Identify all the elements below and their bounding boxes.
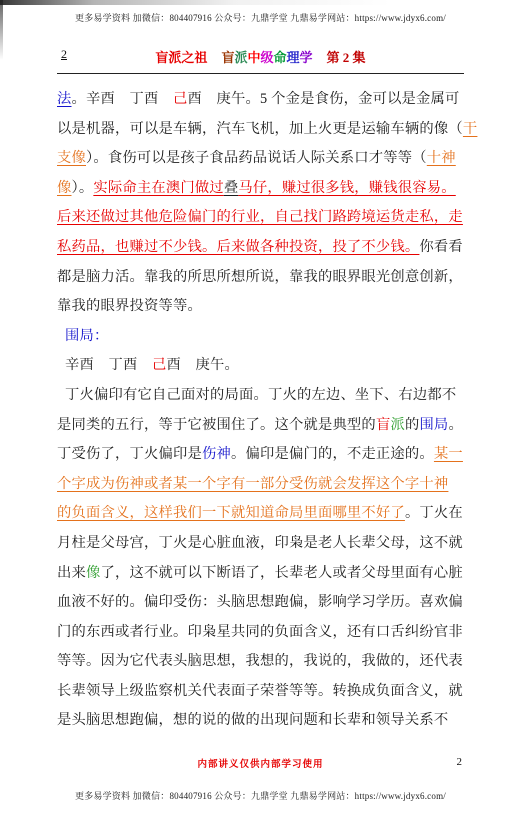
body-line: 门的东西或者行业。印枭星共同的负面含义，还有口舌纠纷官非 <box>57 618 464 648</box>
header-rule <box>57 73 464 74</box>
body-line: 围局： <box>57 322 464 352</box>
body-text: 法。辛酉 丁酉 己酉 庚午。5 个金是食伤，金可以是金属可以是机器，可以是车辆，… <box>57 85 464 736</box>
footer-notice: 内部讲义仅供内部学习使用 <box>57 756 464 770</box>
body-line: 丁受伤了，丁火偏印是伤神。偏印是偏门的，不走正途的。某一 <box>57 440 464 470</box>
body-line: 像）。实际命主在澳门做过叠马仔，赚过很多钱，赚钱很容易。 <box>57 174 464 204</box>
body-line: 长辈领导上级监察机关代表面子荣誉等等。转换成负面含义，就 <box>57 677 464 707</box>
body-line: 辛酉 丁酉 己酉 庚午。 <box>57 351 464 381</box>
body-line: 的负面含义，这样我们一下就知道命局里面哪里不好了。丁火在 <box>57 499 464 529</box>
body-line: 等等。因为它代表头脑思想，我想的，我说的，我做的，还代表 <box>57 647 464 677</box>
footer-row: 内部讲义仅供内部学习使用 2 <box>57 756 464 772</box>
body-line: 私药品，也赚过不少钱。后来做各种投资，投了不少钱。你看看 <box>57 233 464 263</box>
title-volume: 第 2 集 <box>327 50 366 65</box>
body-line: 法。辛酉 丁酉 己酉 庚午。5 个金是食伤，金可以是金属可 <box>57 85 464 115</box>
title-colored-char: 命 <box>274 50 287 65</box>
body-line: 支像）。食伤可以是孩子食品药品说话人际关系口才等等（十神 <box>57 144 464 174</box>
title-colored-char: 派 <box>234 50 247 65</box>
body-line: 个字成为伤神或者某一个字有一部分受伤就会发挥这个字十神 <box>57 470 464 500</box>
title-colored-char: 级 <box>260 50 273 65</box>
page-number-top: 2 <box>61 47 67 62</box>
title-series: 盲派之祖 <box>155 50 207 65</box>
running-header: 更多易学资料 加微信：804407916 公众号：九鼎学堂 九鼎易学网站：htt… <box>57 11 464 24</box>
title-colored-char: 中 <box>247 50 260 65</box>
body-line: 靠我的眼界投资等等。 <box>57 292 464 322</box>
title-part2: 盲派中级命理学 <box>221 50 312 65</box>
title-row: 2 盲派之祖盲派中级命理学第 2 集 <box>57 47 464 65</box>
body-line: 后来还做过其他危险偏门的行业，自己找门路跨境运货走私，走 <box>57 203 464 233</box>
body-line: 以是机器，可以是车辆，汽车飞机，加上火更是运输车辆的像（干 <box>57 115 464 145</box>
title-colored-char: 学 <box>300 50 313 65</box>
page-number-bottom: 2 <box>457 756 463 768</box>
document-title: 盲派之祖盲派中级命理学第 2 集 <box>57 47 464 66</box>
body-line: 都是脑力活。靠我的所思所想所说，靠我的眼界眼光创意创新， <box>57 263 464 293</box>
page-content: 更多易学资料 加微信：804407916 公众号：九鼎学堂 九鼎易学网站：htt… <box>57 0 464 813</box>
scan-edge-artifact-left <box>0 0 3 60</box>
body-line: 是头脑思想跑偏，想的说的做的出现问题和长辈和领导关系不 <box>57 706 464 736</box>
document-page: { "header": { "running_head": "更多易学资料 加微… <box>0 0 521 813</box>
body-line: 出来像了，这不就可以下断语了，长辈老人或者父母里面有心脏 <box>57 559 464 589</box>
running-footer: 更多易学资料 加微信：804407916 公众号：九鼎学堂 九鼎易学网站：htt… <box>57 789 464 802</box>
body-line: 月柱是父母宫，丁火是心脏血液，印枭是老人长辈父母，这不就 <box>57 529 464 559</box>
body-line: 是同类的五行，等于它被围住了。这个就是典型的盲派的围局。 <box>57 411 464 441</box>
body-line: 血液不好的。偏印受伤：头脑思想跑偏，影响学习学历。喜欢偏 <box>57 588 464 618</box>
title-colored-char: 理 <box>287 50 300 65</box>
title-colored-char: 盲 <box>221 50 234 65</box>
body-line: 丁火偏印有它自己面对的局面。丁火的左边、坐下、右边都不 <box>57 381 464 411</box>
